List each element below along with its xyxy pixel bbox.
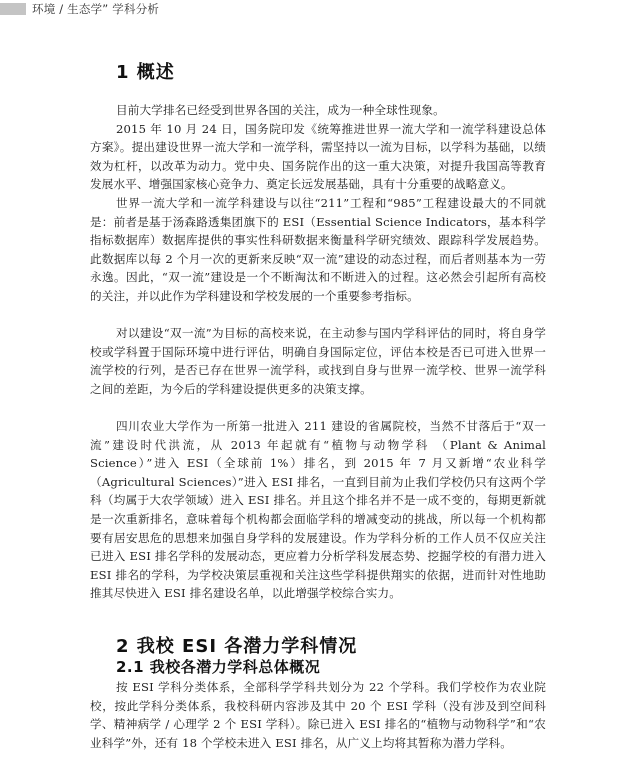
section-1-heading: 1 概述 [116, 58, 175, 84]
subsection-2-1-heading: 2.1 我校各潜力学科总体概况 [116, 656, 320, 677]
paragraph: 按 ESI 学科分类体系，全部科学学科共划分为 22 个学科。我们学校作为农业院… [90, 678, 546, 752]
header-title: 环境 / 生态学” 学科分析 [32, 1, 159, 17]
paragraph: 四川农业大学作为一所第一批进入 211 建设的省属院校，当然不甘落后于“双一流”… [90, 417, 546, 603]
section-2-heading: 2 我校 ESI 各潜力学科情况 [116, 632, 357, 658]
running-header: 环境 / 生态学” 学科分析 [0, 0, 630, 16]
paragraph: 对以建设“双一流”为目标的高校来说，在主动参与国内学科评估的同时，将自身学校或学… [90, 324, 546, 398]
paragraph: 目前大学排名已经受到世界各国的关注，成为一种全球性现象。 [90, 101, 546, 120]
header-gray-bar [0, 3, 26, 15]
paragraph: 2015 年 10 月 24 日，国务院印发《统筹推进世界一流大学和一流学科建设… [90, 120, 546, 194]
paragraph: 世界一流大学和一流学科建设与以往“211”工程和“985”工程建设最大的不同就是… [90, 194, 546, 306]
